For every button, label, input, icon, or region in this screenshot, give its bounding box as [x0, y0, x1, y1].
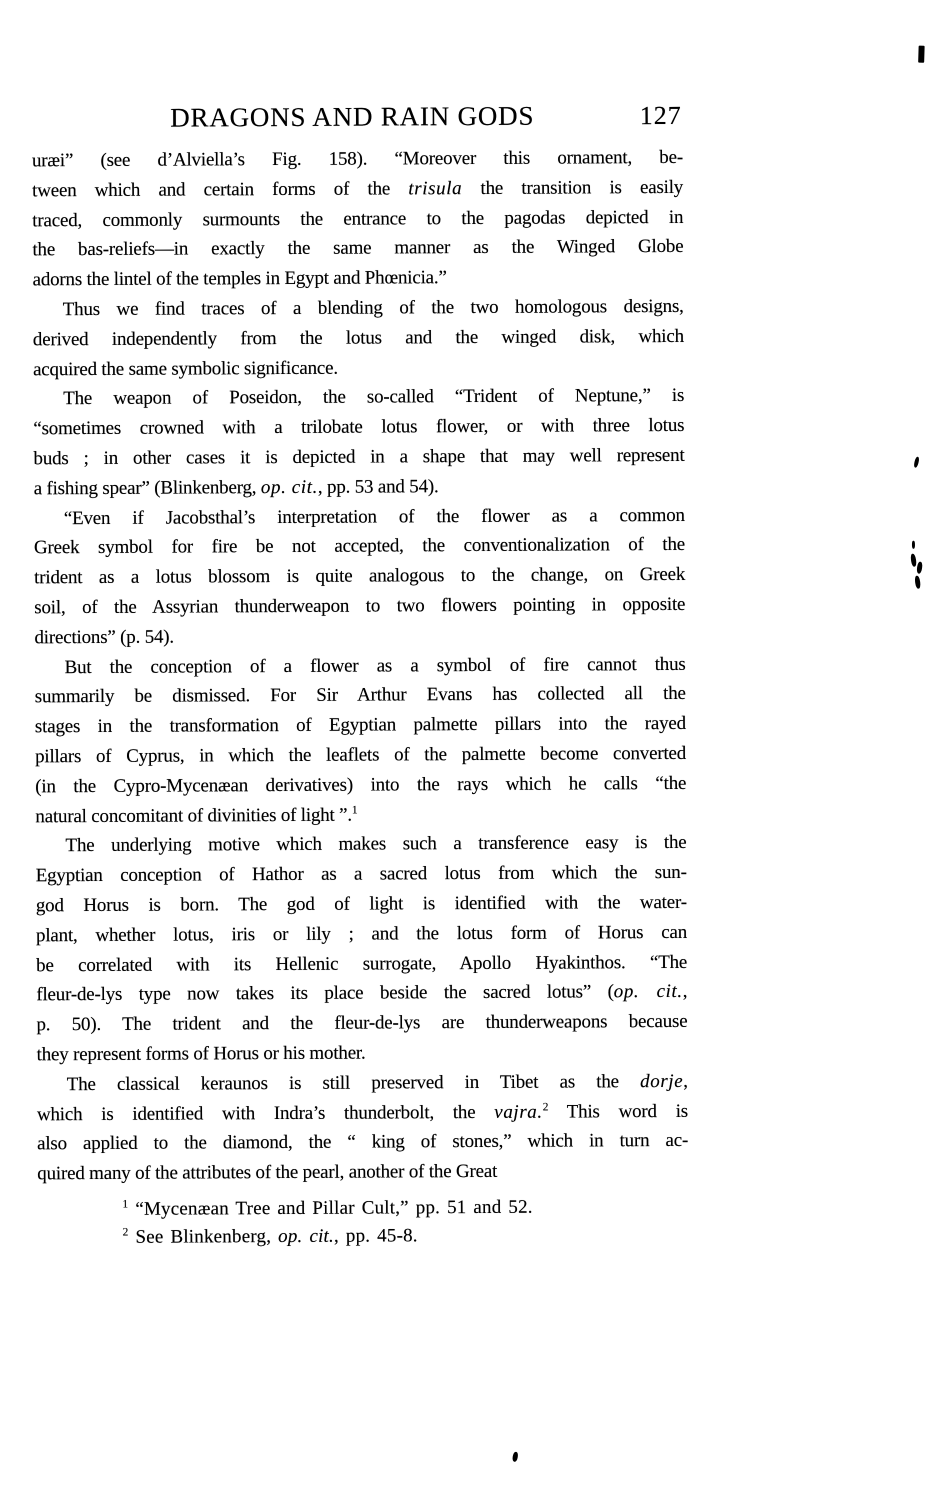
text-segment: , pp. 53 and 54). — [318, 476, 439, 498]
text-segment: summarily be dismissed. For Sir Arthur E… — [35, 683, 686, 707]
text-segment: This word is — [548, 1100, 688, 1122]
text-line: “sometimes crowned with a trilobate lotu… — [33, 411, 684, 444]
italic-term: op. cit. — [261, 477, 318, 498]
text-segment: stages in the transformation of Egyptian… — [35, 713, 686, 737]
text-line: stages in the transformation of Egyptian… — [35, 709, 686, 742]
text-line: they represent forms of Horus or his mot… — [37, 1037, 688, 1070]
text-segment: god Horus is born. The god of light is i… — [36, 892, 687, 916]
text-line: (in the Cypro-Mycenæan derivatives) into… — [35, 769, 686, 802]
text-line: p. 50). The trident and the fleur-de-lys… — [36, 1007, 687, 1040]
text-segment: The weapon of Poseidon, the so-called “T… — [63, 385, 684, 409]
text-segment: directions” (p. 54). — [34, 626, 174, 648]
footnote-marker: 1 — [352, 804, 358, 816]
text-line: The weapon of Poseidon, the so-called “T… — [33, 381, 684, 414]
text-segment: a fishing spear” (Blinkenberg, — [34, 477, 261, 499]
paragraph: “Even if Jacobsthal’s interpretation of … — [34, 500, 686, 652]
text-segment: uræi” (see d’Alviella’s Fig. 158). “More… — [32, 147, 683, 171]
text-segment: buds ; in other cases it is depicted in … — [33, 445, 684, 469]
text-segment: which is identified with Indra’s thunder… — [37, 1101, 494, 1124]
paragraph: The underlying motive which makes such a… — [35, 828, 687, 1070]
scan-artifacts — [0, 0, 947, 2]
text-segment: The classical keraunos is still preserve… — [67, 1071, 640, 1095]
text-line: The underlying motive which makes such a… — [35, 828, 686, 861]
paragraph: The weapon of Poseidon, the so-called “T… — [33, 381, 685, 504]
text-segment: soil, of the Assyrian thunderweapon to t… — [34, 594, 685, 618]
text-line: which is identified with Indra’s thunder… — [37, 1096, 688, 1129]
text-segment: p. 50). The trident and the fleur-de-lys… — [36, 1011, 687, 1035]
text-segment: “sometimes crowned with a trilobate lotu… — [33, 415, 684, 439]
scanned-book-page: { "page": { "header": { "title": "DRAGON… — [0, 0, 951, 1487]
text-line: Egyptian conception of Hathor as a sacre… — [36, 858, 687, 891]
text-segment: quired many of the attributes of the pea… — [37, 1161, 497, 1184]
italic-term: dorje — [640, 1071, 683, 1092]
footnote: 1 “Mycenæan Tree and Pillar Cult,” pp. 5… — [37, 1193, 688, 1224]
text-segment: traced, commonly surmounts the entrance … — [32, 206, 683, 230]
text-line: quired many of the attributes of the pea… — [37, 1156, 688, 1189]
text-segment: tween which and certain forms of the — [32, 178, 408, 201]
text-line: adorns the lintel of the temples in Egyp… — [32, 262, 683, 295]
ink-speck-hook — [910, 553, 917, 567]
paragraph: Thus we find traces of a blending of the… — [33, 292, 684, 385]
text-segment: be correlated with its Hellenic surrogat… — [36, 951, 687, 975]
footnotes: 1 “Mycenæan Tree and Pillar Cult,” pp. 5… — [37, 1193, 688, 1251]
text-line: buds ; in other cases it is depicted in … — [33, 441, 684, 474]
paragraph: But the conception of a flower as a symb… — [35, 649, 687, 831]
text-segment: pillars of Cyprus, in which the leaflets… — [35, 743, 686, 767]
text-line: Thus we find traces of a blending of the… — [33, 292, 684, 325]
text-line: tween which and certain forms of the tri… — [32, 173, 683, 206]
text-segment: The underlying motive which makes such a… — [65, 832, 686, 856]
page-body-text: uræi” (see d’Alviella’s Fig. 158). “More… — [32, 143, 688, 1189]
text-line: “Even if Jacobsthal’s interpretation of … — [34, 500, 685, 533]
italic-term: op. cit. — [614, 981, 683, 1002]
text-line: natural concomitant of divinities of lig… — [35, 798, 686, 831]
text-segment: But the conception of a flower as a symb… — [65, 653, 686, 677]
page-sheet: DRAGONS AND RAIN GODS 127 uræi” (see d’A… — [0, 0, 951, 1487]
text-segment: also applied to the diamond, the “ king … — [37, 1130, 688, 1154]
text-segment: (in the Cypro-Mycenæan derivatives) into… — [35, 773, 686, 797]
italic-term: trisula — [408, 178, 462, 199]
text-segment: acquired the same symbolic significance. — [33, 357, 338, 380]
text-line: But the conception of a flower as a symb… — [35, 649, 686, 682]
ink-speck-dash — [912, 541, 915, 549]
text-line: The classical keraunos is still preserve… — [37, 1067, 688, 1100]
text-line: acquired the same symbolic significance. — [33, 351, 684, 384]
text-segment: fleur-de-lys type now takes its place be… — [36, 982, 613, 1006]
page-number: 127 — [640, 101, 682, 131]
text-segment: , — [683, 1071, 688, 1092]
text-line: the bas-reliefs—in exactly the same mann… — [32, 232, 683, 265]
text-segment: Egyptian conception of Hathor as a sacre… — [36, 862, 687, 886]
italic-term: op. cit. — [278, 1225, 334, 1246]
text-line: trident as a lotus blossom is quite anal… — [34, 560, 685, 593]
text-line: traced, commonly surmounts the entrance … — [32, 202, 683, 235]
text-line: be correlated with its Hellenic surrogat… — [36, 947, 687, 980]
text-segment: natural concomitant of divinities of lig… — [35, 804, 352, 827]
text-segment: trident as a lotus blossom is quite anal… — [34, 564, 685, 588]
text-segment: Greek symbol for fire be not accepted, t… — [34, 534, 685, 558]
text-segment: “Even if Jacobsthal’s interpretation of … — [64, 504, 685, 528]
ink-speck-top-right — [918, 46, 925, 63]
text-line: plant, whether lotus, iris or lily ; and… — [36, 918, 687, 951]
text-segment: Thus we find traces of a blending of the… — [63, 296, 684, 320]
paragraph: The classical keraunos is still preserve… — [37, 1067, 689, 1190]
footnote: 2 See Blinkenberg, op. cit., pp. 45-8. — [38, 1220, 689, 1251]
text-line: soil, of the Assyrian thunderweapon to t… — [34, 590, 685, 623]
ink-speck-squiggle-lower — [914, 575, 921, 589]
ink-speck-apostrophe — [913, 456, 919, 468]
text-segment: the bas-reliefs—in exactly the same mann… — [32, 236, 683, 260]
italic-term: vajra. — [494, 1101, 543, 1122]
text-segment: the transition is easily — [462, 177, 683, 199]
text-line: also applied to the diamond, the “ king … — [37, 1126, 688, 1159]
text-line: fleur-de-lys type now takes its place be… — [36, 977, 687, 1010]
paragraph: uræi” (see d’Alviella’s Fig. 158). “More… — [32, 143, 684, 295]
text-line: Greek symbol for fire be not accepted, t… — [34, 530, 685, 563]
text-segment: they represent forms of Horus or his mot… — [37, 1042, 366, 1065]
text-line: summarily be dismissed. For Sir Arthur E… — [35, 679, 686, 712]
text-line: a fishing spear” (Blinkenberg, op. cit.,… — [34, 471, 685, 504]
text-line: pillars of Cyprus, in which the leaflets… — [35, 739, 686, 772]
page-header: DRAGONS AND RAIN GODS 127 — [32, 100, 683, 143]
text-segment: plant, whether lotus, iris or lily ; and… — [36, 922, 687, 946]
text-segment: , pp. 45-8. — [334, 1225, 418, 1246]
page-title: DRAGONS AND RAIN GODS — [170, 101, 534, 134]
text-segment: adorns the lintel of the temples in Egyp… — [33, 267, 447, 290]
ink-speck-bottom-center — [512, 1451, 519, 1462]
text-segment: “Mycenæan Tree and Pillar Cult,” pp. 51 … — [128, 1197, 532, 1220]
text-segment: derived independently from the lotus and… — [33, 326, 684, 350]
text-line: god Horus is born. The god of light is i… — [36, 888, 687, 921]
text-line: derived independently from the lotus and… — [33, 322, 684, 355]
text-line: uræi” (see d’Alviella’s Fig. 158). “More… — [32, 143, 683, 176]
ink-speck-squiggle-upper — [916, 561, 923, 574]
text-segment: , — [683, 981, 688, 1002]
text-line: directions” (p. 54). — [34, 620, 685, 653]
text-segment: See Blinkenberg, — [128, 1226, 278, 1248]
